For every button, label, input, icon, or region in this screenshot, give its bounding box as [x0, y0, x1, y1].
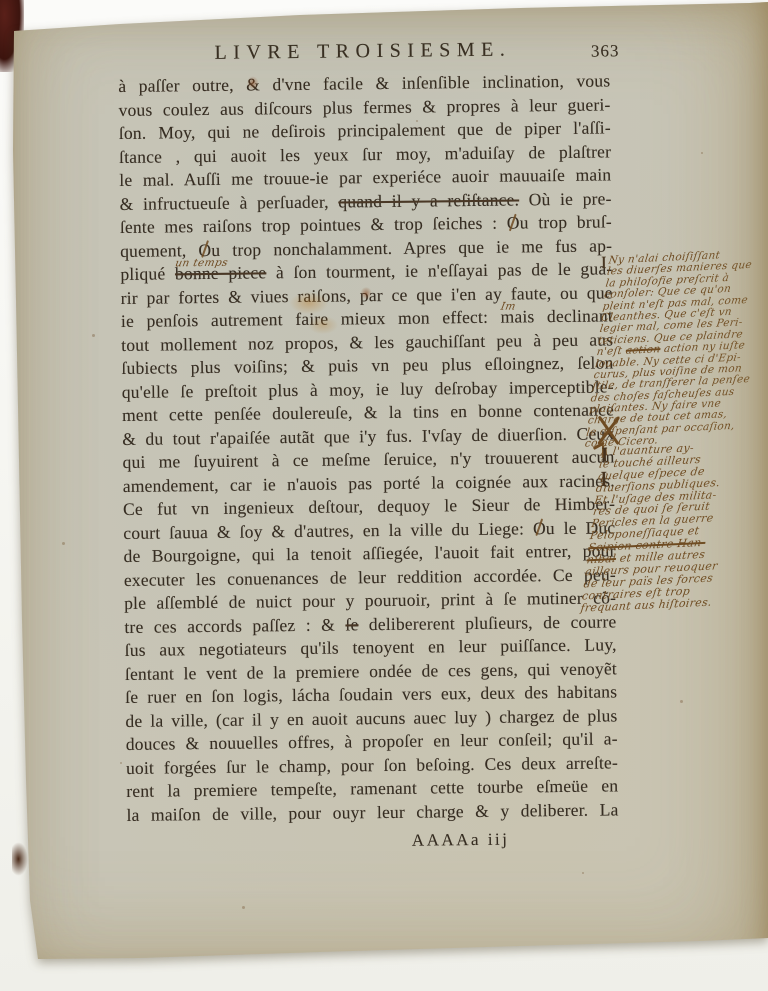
body-text: à paſſer outre, & d'vne facile & inſenſi…	[118, 69, 618, 827]
foxing-spot	[416, 120, 418, 122]
insertion-bracket: I	[601, 446, 607, 468]
foxing-spot	[582, 872, 584, 874]
text-segment: &	[246, 74, 260, 94]
text-segment: ie penſois autrement faire mieux mon eff…	[121, 307, 501, 331]
book-page-scan: LIVRE TROISIESME. 363 à paſſer outre, & …	[0, 0, 768, 991]
text-segment: quand il y a reſiſtance.	[338, 189, 519, 211]
text-segment: pliqué	[120, 263, 175, 284]
text-segment: ſus aux negotiateurs qu'ils tenoyent en …	[125, 634, 617, 660]
text-segment: ſe	[345, 614, 358, 634]
interlinear-note: Im	[500, 302, 517, 312]
text-segment: court ſauua & ſoy & d'autres, en la vill…	[123, 518, 533, 543]
text-segment: & du tout r'apaiſée autãt que i'y fus. I…	[122, 423, 614, 449]
text-segment: de Bourgoigne, qui la tenoit aſſiegée, l…	[124, 540, 616, 566]
text-segment: vous coulez aus diſcours plus fermes & p…	[118, 94, 610, 120]
text-segment: executer les conuenances de leur redditi…	[124, 564, 616, 590]
insertion-bracket: I	[601, 253, 606, 271]
text-segment: Ce fut vn ingenieux deſtour, dequoy le S…	[123, 493, 615, 519]
text-segment: maisIm	[501, 306, 535, 326]
text-segment: Où ie pre-	[519, 188, 612, 209]
running-header: LIVRE TROISIESME.	[123, 37, 603, 65]
text-segment: ar ce que i'en ay faute, ou que	[369, 282, 613, 305]
text-segment: u trop bruſ-	[520, 211, 612, 232]
text-segment: delibererent pluſieurs, de courre	[358, 611, 616, 634]
text-segment: ſe ruer en ſon logis, lácha ſoudain vers…	[125, 681, 617, 707]
foxing-spot	[62, 542, 65, 545]
book-page-wrap: LIVRE TROISIESME. 363 à paſſer outre, & …	[0, 0, 768, 991]
foxing-spot	[680, 700, 683, 703]
text-segment: qui me ſuyuirent à ce meſme ſeruice, n'y…	[122, 446, 614, 472]
text-segment: ple aſſemblé de nuict pour y pouruoir, p…	[124, 587, 616, 613]
page-content: LIVRE TROISIESME. 363 à paſſer outre, & …	[0, 0, 768, 991]
text-segment: qu'elle ſe preſtoit plus à moy, ie luy d…	[122, 376, 614, 402]
text-segment: amendement, car ie n'auois pas porté la …	[123, 470, 615, 496]
text-segment: & infructueuſe à perſuader,	[120, 191, 339, 213]
insertion-bracket: I	[601, 470, 607, 492]
body-text-line: la maiſon de ville, pour ouyr leur charg…	[126, 798, 618, 827]
text-segment: p	[360, 285, 369, 305]
text-segment: rent la premiere tempeſte, ramenant cett…	[126, 775, 618, 801]
text-segment: d'vne facile & inſenſible inclination, v…	[260, 70, 611, 94]
text-segment: ſentant le vent de la premiere ondée de …	[125, 658, 617, 684]
text-segment: bonne pieceun temps	[175, 262, 267, 283]
text-segment: rir par fortes & viues raiſons,	[121, 285, 360, 308]
text-segment: O	[533, 518, 546, 538]
text-segment: ment cette penſée doulereuſe, & la tins …	[122, 399, 614, 425]
text-segment: uoit forgées ſur le champ, pour ſon beſo…	[126, 752, 618, 778]
page-number: 363	[591, 41, 620, 61]
signature-mark: AAAAa iij	[412, 830, 510, 851]
text-segment: à paſſer outre,	[118, 75, 246, 96]
text-segment: à ſon tourment, ie n'eſſayai pas de le g…	[266, 258, 612, 282]
text-segment: ſubiects plus voiſins; & puis vn peu plu…	[121, 352, 613, 378]
interlinear-note: un temps	[174, 258, 229, 269]
foxing-spot	[92, 334, 95, 337]
text-segment: ſtance , qui auoit les yeux ſur moy, m'a…	[119, 141, 611, 167]
text-segment: tout mollement noz propos, & les gauchiſ…	[121, 329, 613, 355]
pen-cross-mark	[593, 415, 623, 447]
text-segment: la maiſon de ville, pour ouyr leur charg…	[126, 799, 618, 825]
foxing-spot	[120, 762, 122, 764]
text-segment: tre ces accords paſſez : &	[124, 614, 345, 637]
text-segment: O	[507, 212, 520, 232]
text-segment: de la ville, (car il y en auoit aucuns a…	[125, 705, 617, 731]
text-segment: ſon. Moy, qui ne deſirois principalement…	[119, 117, 611, 143]
text-segment: le mal. Auſſi me trouue-ie par experiéce…	[119, 164, 611, 190]
text-segment: u trop nonchalamment. Apres que ie me fu…	[211, 235, 612, 260]
text-segment: ſente mes raiſons trop pointues & trop ſ…	[120, 213, 507, 237]
foxing-spot	[701, 152, 703, 154]
foxing-spot	[242, 906, 245, 909]
text-segment: douces & nouuelles offres, à propoſer en…	[126, 728, 618, 754]
